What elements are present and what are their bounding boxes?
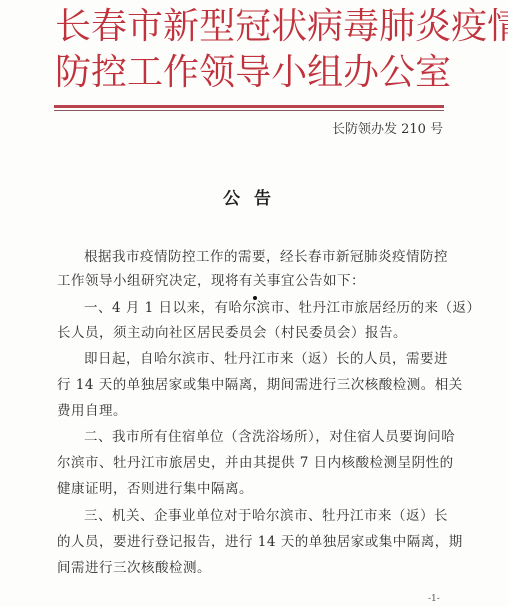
paragraph-line: 的人员，要进行登记报告，进行 14 天的单独居家或集中隔离，期 [57, 533, 441, 551]
header-char: 疫 [451, 4, 487, 50]
notice-title: 公告 [0, 184, 508, 209]
paragraph-line: 健康证明，否则进行集中隔离。 [57, 480, 441, 498]
paragraph-line: 长人员，须主动向社区居民委员会（村民委员会）报告。 [57, 324, 441, 342]
header-char: 毒 [343, 4, 379, 50]
paragraph-line: 行 14 天的单独居家或集中隔离，期间需进行三次核酸检测。相关 [57, 376, 441, 394]
header-char: 新 [163, 4, 199, 50]
header-char: 室 [415, 50, 451, 96]
header-char: 作 [163, 50, 199, 96]
header-char: 春 [91, 4, 127, 50]
paragraph-line: 工作领导小组研究决定，现将有关事宜公告如下： [57, 272, 441, 290]
header-char: 型 [199, 4, 235, 50]
header-char: 市 [127, 4, 163, 50]
header-char: 防 [55, 50, 91, 96]
paragraph-line: 间需进行三次核酸检测。 [57, 559, 441, 577]
paragraph-line: 一、4 月 1 日以来，有哈尔滨市、牡丹江市旅居经历的来（返） [84, 299, 441, 317]
header-char: 病 [307, 4, 343, 50]
header-char: 办 [343, 50, 379, 96]
header-char: 冠 [235, 4, 271, 50]
document-page: 长 春 市 新 型 冠 状 病 毒 肺 炎 疫 情 防 控 工 作 领 导 小 … [0, 0, 508, 606]
header-char: 长 [55, 4, 91, 50]
document-number: 长防领办发 210 号 [332, 121, 443, 139]
header-char: 控 [91, 50, 127, 96]
header-char: 炎 [415, 4, 451, 50]
header-char: 公 [379, 50, 415, 96]
header-divider-thick [54, 105, 444, 108]
paragraph-line: 即日起，自哈尔滨市、牡丹江市来（返）长的人员，需要进 [84, 350, 441, 368]
header-char: 情 [487, 4, 508, 50]
paragraph-line: 三、机关、企事业单位对于哈尔滨市、牡丹江市来（返）长 [84, 507, 441, 525]
header-char: 小 [271, 50, 307, 96]
paragraph-line: 尔滨市、牡丹江市旅居史，并由其提供 7 日内核酸检测呈阴性的 [57, 454, 441, 472]
header-char: 领 [199, 50, 235, 96]
header-char: 状 [271, 4, 307, 50]
paragraph-line: 费用自理。 [57, 402, 441, 420]
header-char: 工 [127, 50, 163, 96]
issuer-header-line-1: 长 春 市 新 型 冠 状 病 毒 肺 炎 疫 情 [55, 4, 441, 50]
page-number: -1- [428, 594, 440, 604]
header-char: 肺 [379, 4, 415, 50]
issuer-header-line-2: 防 控 工 作 领 导 小 组 办 公 室 [55, 50, 441, 96]
header-divider-thin [54, 110, 444, 111]
header-char: 导 [235, 50, 271, 96]
header-char: 组 [307, 50, 343, 96]
paragraph-line: 根据我市疫情防控工作的需要，经长春市新冠肺炎疫情防控 [84, 248, 441, 266]
paragraph-line: 二、我市所有住宿单位（含洗浴场所），对住宿人员要询问哈 [84, 428, 441, 446]
